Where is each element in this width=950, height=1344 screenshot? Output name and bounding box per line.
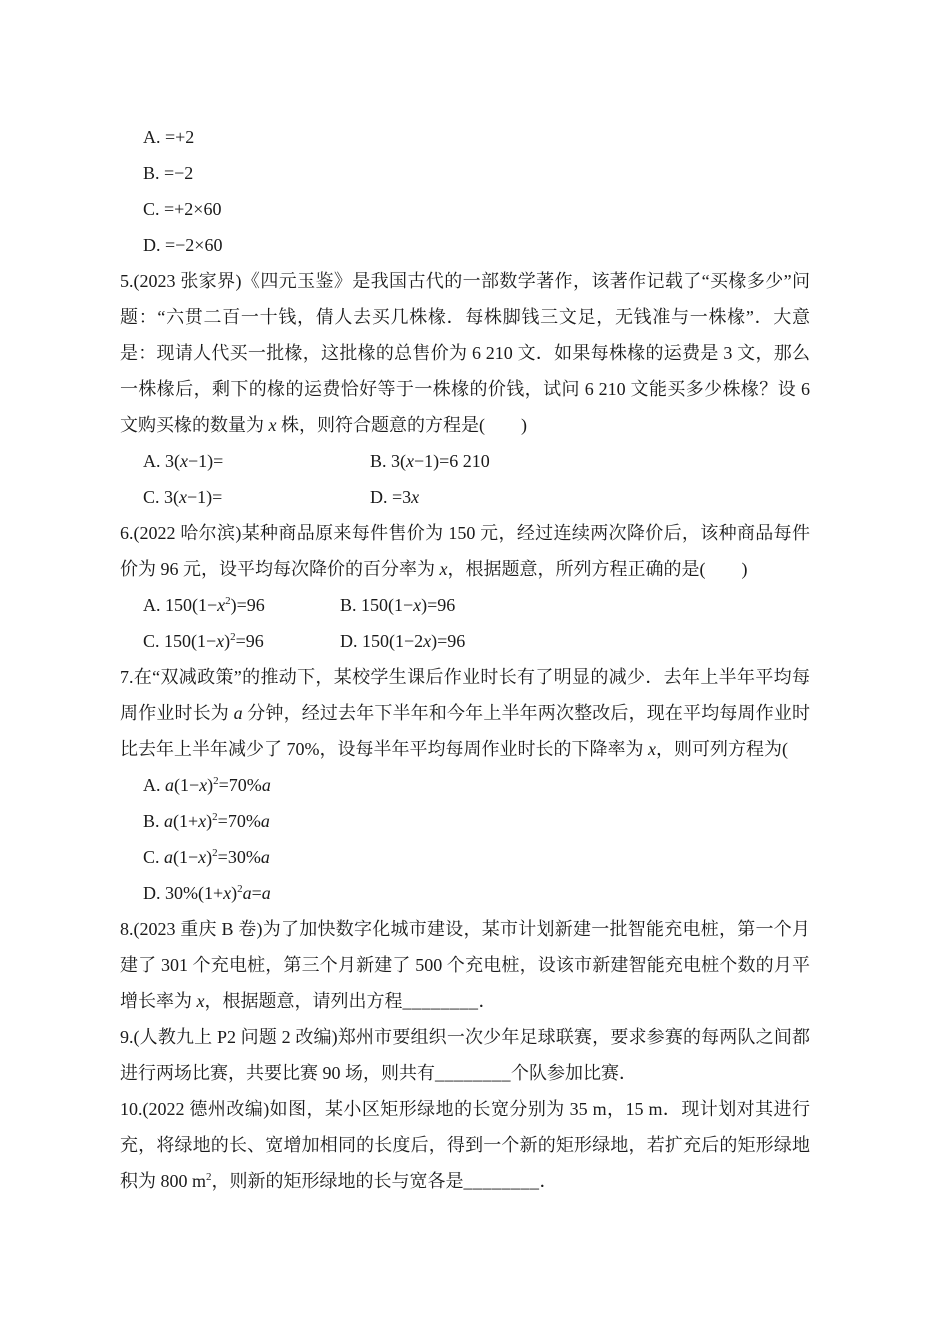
problem-text-line: 7.在“双减政策”的推动下，某校学生课后作业时长有了明显的减少．去年上半年平均每: [120, 659, 810, 695]
option-row: A. 150(1−x2)=96 B. 150(1−x)=96: [120, 587, 810, 623]
problem-text-line: 是：现请人代买一批椽，这批椽的总售价为 6 210 文．如果每株椽的运费是 3 …: [120, 335, 810, 371]
text-run: ，则可列方程为( ): [656, 739, 810, 759]
problem-5: 5.(2023 张家界)《四元玉鉴》是我国古代的一部数学著作，该著作记载了“买椽…: [120, 263, 810, 515]
option-line-a: A. a(1−x)2=70%a: [120, 767, 810, 803]
text-run: ．: [540, 1171, 558, 1191]
option-b: B. 150(1−x)=96: [340, 587, 455, 623]
problem-text-line: 建了 301 个充电桩，第三个月新建了 500 个充电桩，设该市新建智能充电桩个…: [120, 947, 810, 983]
math-var: a: [261, 847, 270, 867]
text-run: C. 150(1−: [143, 631, 216, 651]
math-var: x: [217, 595, 225, 615]
text-run: )=96: [231, 595, 265, 615]
option-b: B. 3(x−1)=6 210: [370, 443, 490, 479]
text-run: ．: [479, 991, 497, 1011]
option-d: D. =3x: [370, 479, 419, 515]
text-run: 进行两场比赛，共要比赛 90 场，则共有: [120, 1063, 435, 1083]
option-line-a: A. =+2: [120, 119, 810, 155]
text-run: A. 3(: [143, 451, 180, 471]
math-var: x: [440, 559, 448, 579]
text-run: (1−: [174, 775, 199, 795]
text-run: −1)=: [187, 487, 222, 507]
option-a: A. 150(1−x2)=96: [143, 587, 340, 623]
problem-text-line: 比去年上半年减少了 70%，设每半年平均每周作业时长的下降率为 x，则可列方程为…: [120, 731, 810, 767]
problem-text-line: 周作业时长为 a 分钟，经过去年下半年和今年上半年两次整改后，现在平均每周作业时…: [120, 695, 810, 731]
option-line-b: B. =−2: [120, 155, 810, 191]
math-var: x: [423, 631, 431, 651]
answer-blank: ________: [435, 1063, 511, 1083]
problem-text-line: 文购买椽的数量为 x 株，则符合题意的方程是( ): [120, 407, 810, 443]
text-run: (1−: [173, 847, 198, 867]
text-run: )=96: [431, 631, 465, 651]
math-var: x: [197, 991, 205, 1011]
problem-text-line: 题：“六贯二百一十钱，倩人去买几株椽．每株脚钱三文足，无钱准与一株椽”．大意: [120, 299, 810, 335]
problem-text-line: 一株椽后，剩下的椽的运费恰好等于一株椽的价钱，试问 6 210 文能买多少株椽？…: [120, 371, 810, 407]
problem-text-line: 6.(2022 哈尔滨)某种商品原来每件售价为 150 元，经过连续两次降价后，…: [120, 515, 810, 551]
text-run: 价为 96 元，设平均每次降价的百分率为: [120, 559, 440, 579]
math-var: x: [648, 739, 656, 759]
worksheet-page: A. =+2 B. =−2 C. =+2×60 D. =−2×60 5.(202…: [0, 0, 950, 1344]
problem-text-line: 价为 96 元，设平均每次降价的百分率为 x，根据题意，所列方程正确的是( ): [120, 551, 810, 587]
problem-text-line: 9.(人教九上 P2 问题 2 改编)郑州市要组织一次少年足球联赛，要求参赛的每…: [120, 1019, 810, 1055]
math-var: x: [223, 883, 231, 903]
option-c: C. 150(1−x)2=96: [143, 623, 340, 659]
answer-blank: ________: [464, 1171, 540, 1191]
text-run: C.: [143, 847, 164, 867]
math-var: x: [269, 415, 277, 435]
text-run: A.: [143, 775, 165, 795]
text-run: 周作业时长为: [120, 703, 234, 723]
text-run: )=96: [421, 595, 455, 615]
math-var: x: [199, 775, 207, 795]
text-run: 积为 800 m: [120, 1171, 206, 1191]
problem-8: 8.(2023 重庆 B 卷)为了加快数字化城市建设，某市计划新建一批智能充电桩…: [120, 911, 810, 1019]
text-run: B. 3(: [370, 451, 406, 471]
text-run: (1+: [173, 811, 198, 831]
option-line-b: B. a(1+x)2=70%a: [120, 803, 810, 839]
problem-9: 9.(人教九上 P2 问题 2 改编)郑州市要组织一次少年足球联赛，要求参赛的每…: [120, 1019, 810, 1091]
problem-text-line: 进行两场比赛，共要比赛 90 场，则共有________个队参加比赛．: [120, 1055, 810, 1091]
text-run: =: [252, 883, 262, 903]
text-run: =70%: [219, 775, 262, 795]
option-c: C. 3(x−1)=: [143, 479, 370, 515]
option-line-d: D. =−2×60: [120, 227, 810, 263]
problem-10: 10.(2022 德州改编)如图，某小区矩形绿地的长宽分别为 35 m，15 m…: [120, 1091, 810, 1199]
text-run: −1)=: [188, 451, 223, 471]
text-run: B.: [143, 811, 164, 831]
problem-7: 7.在“双减政策”的推动下，某校学生课后作业时长有了明显的减少．去年上半年平均每…: [120, 659, 810, 911]
problem-4-options-continued: A. =+2 B. =−2 C. =+2×60 D. =−2×60: [120, 119, 810, 263]
option-a: A. 3(x−1)=: [143, 443, 370, 479]
text-run: 增长率为: [120, 991, 197, 1011]
math-var: x: [411, 487, 419, 507]
option-row: C. 150(1−x)2=96 D. 150(1−2x)=96: [120, 623, 810, 659]
text-run: D. 30%(1+: [143, 883, 223, 903]
text-run: 文购买椽的数量为: [120, 415, 269, 435]
option-row: C. 3(x−1)= D. =3x: [120, 479, 810, 515]
problem-text-line: 充，将绿地的长、宽增加相同的长度后，得到一个新的矩形绿地，若扩充后的矩形绿地面: [120, 1127, 810, 1163]
text-run: 比去年上半年减少了 70%，设每半年平均每周作业时长的下降率为: [120, 739, 648, 759]
option-d: D. 150(1−2x)=96: [340, 623, 465, 659]
text-run: C. 3(: [143, 487, 179, 507]
math-var: x: [179, 487, 187, 507]
text-run: =70%: [218, 811, 261, 831]
option-row: A. 3(x−1)= B. 3(x−1)=6 210: [120, 443, 810, 479]
math-var: a: [243, 883, 252, 903]
option-line-d: D. 30%(1+x)2a=a: [120, 875, 810, 911]
math-var: a: [261, 811, 270, 831]
math-var: x: [216, 631, 224, 651]
text-run: =96: [236, 631, 264, 651]
problem-text-line: 10.(2022 德州改编)如图，某小区矩形绿地的长宽分别为 35 m，15 m…: [120, 1091, 810, 1127]
problem-6: 6.(2022 哈尔滨)某种商品原来每件售价为 150 元，经过连续两次降价后，…: [120, 515, 810, 659]
math-var: x: [413, 595, 421, 615]
math-var: a: [262, 883, 271, 903]
math-var: a: [164, 811, 173, 831]
text-run: ，根据题意，所列方程正确的是( ): [448, 559, 748, 579]
option-line-c: C. a(1−x)2=30%a: [120, 839, 810, 875]
math-var: a: [164, 847, 173, 867]
text-run: −1)=6 210: [414, 451, 490, 471]
text-run: ，根据题意，请列出方程: [205, 991, 403, 1011]
option-line-c: C. =+2×60: [120, 191, 810, 227]
problem-text-line: 8.(2023 重庆 B 卷)为了加快数字化城市建设，某市计划新建一批智能充电桩…: [120, 911, 810, 947]
problem-text-line: 增长率为 x，根据题意，请列出方程________．: [120, 983, 810, 1019]
math-var: x: [180, 451, 188, 471]
text-run: B. 150(1−: [340, 595, 413, 615]
text-run: A. 150(1−: [143, 595, 217, 615]
text-run: =30%: [218, 847, 261, 867]
math-var: x: [198, 811, 206, 831]
math-var: a: [262, 775, 271, 795]
text-run: 株，则符合题意的方程是( ): [277, 415, 528, 435]
math-var: x: [198, 847, 206, 867]
problem-text-line: 5.(2023 张家界)《四元玉鉴》是我国古代的一部数学著作，该著作记载了“买椽…: [120, 263, 810, 299]
text-run: ，则新的矩形绿地的长与宽各是: [212, 1171, 464, 1191]
math-var: x: [406, 451, 414, 471]
text-run: D. 150(1−2: [340, 631, 423, 651]
answer-blank: ________: [403, 991, 479, 1011]
text-run: D. =3: [370, 487, 411, 507]
text-run: 个队参加比赛．: [511, 1063, 637, 1083]
math-var: a: [165, 775, 174, 795]
problem-text-line: 积为 800 m2，则新的矩形绿地的长与宽各是________．: [120, 1163, 810, 1199]
math-var: a: [234, 703, 243, 723]
